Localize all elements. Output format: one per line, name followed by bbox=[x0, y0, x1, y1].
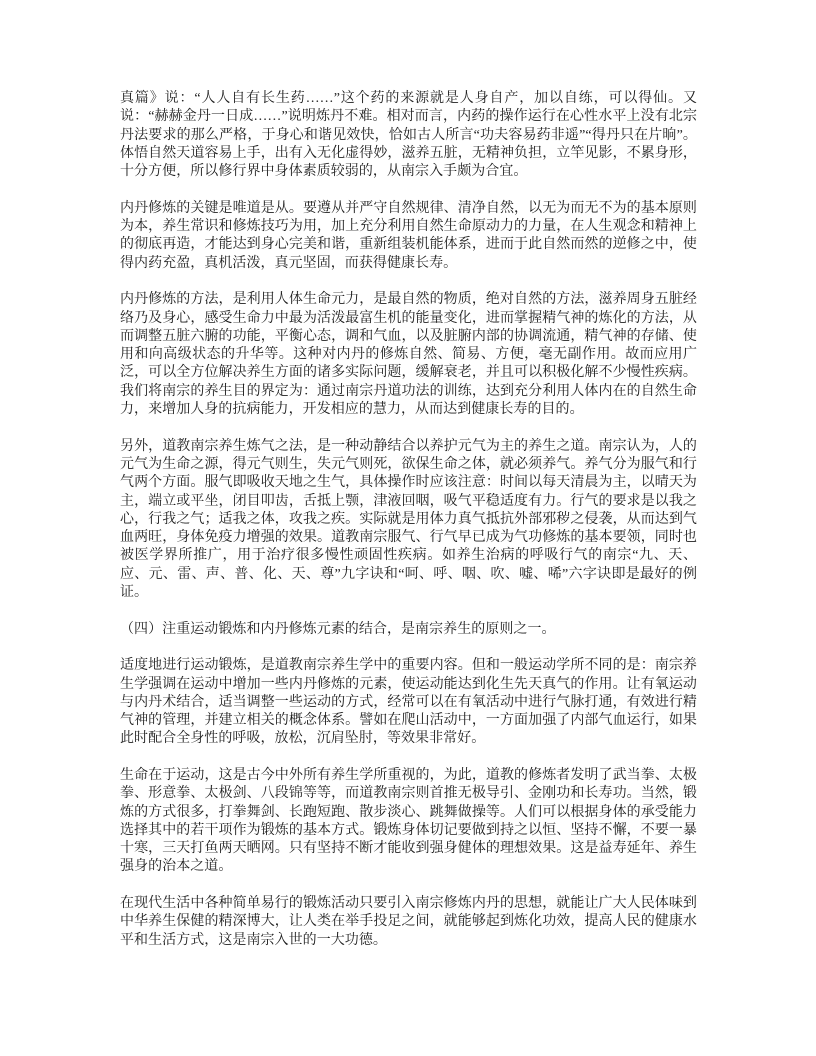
paragraph-life-in-motion: 生命在于运动，这是古今中外所有养生学所重视的，为此，道教的修炼者发明了武当拳、太… bbox=[120, 767, 697, 877]
paragraph-neidan-method: 内丹修炼的方法，是利用人体生命元力，是最自然的物质，绝对自然的方法，滋养周身五脏… bbox=[120, 291, 697, 419]
paragraph-modern-life-conclusion: 在现代生活中各种简单易行的锻炼活动只要引入南宗修炼内丹的思想，就能让广大人民体味… bbox=[120, 895, 697, 950]
paragraph-continuation-wuzhen-quote: 真篇》说：“人人自有长生药……”这个药的来源就是人身自产，加以自练，可以得仙。又… bbox=[120, 90, 697, 181]
section-heading-four: （四）注重运动锻炼和内丹修炼元素的结合，是南宗养生的原则之一。 bbox=[120, 621, 697, 639]
document-page: 真篇》说：“人人自有长生药……”这个药的来源就是人身自产，加以自练，可以得仙。又… bbox=[0, 0, 816, 1056]
paragraph-exercise-and-neidan: 适度地进行运动锻炼，是道教南宗养生学中的重要内容。但和一般运动学所不同的是：南宗… bbox=[120, 657, 697, 748]
paragraph-neidan-key-principle: 内丹修炼的关键是唯道是从。要遵从并严守自然规律、清净自然，以无为而无不为的基本原… bbox=[120, 200, 697, 273]
document-body: 真篇》说：“人人自有长生药……”这个药的来源就是人身自产，加以自练，可以得仙。又… bbox=[120, 90, 697, 950]
paragraph-lianqi-method: 另外，道教南宗养生炼气之法，是一种动静结合以养护元气为主的养生之道。南宗认为，人… bbox=[120, 438, 697, 603]
